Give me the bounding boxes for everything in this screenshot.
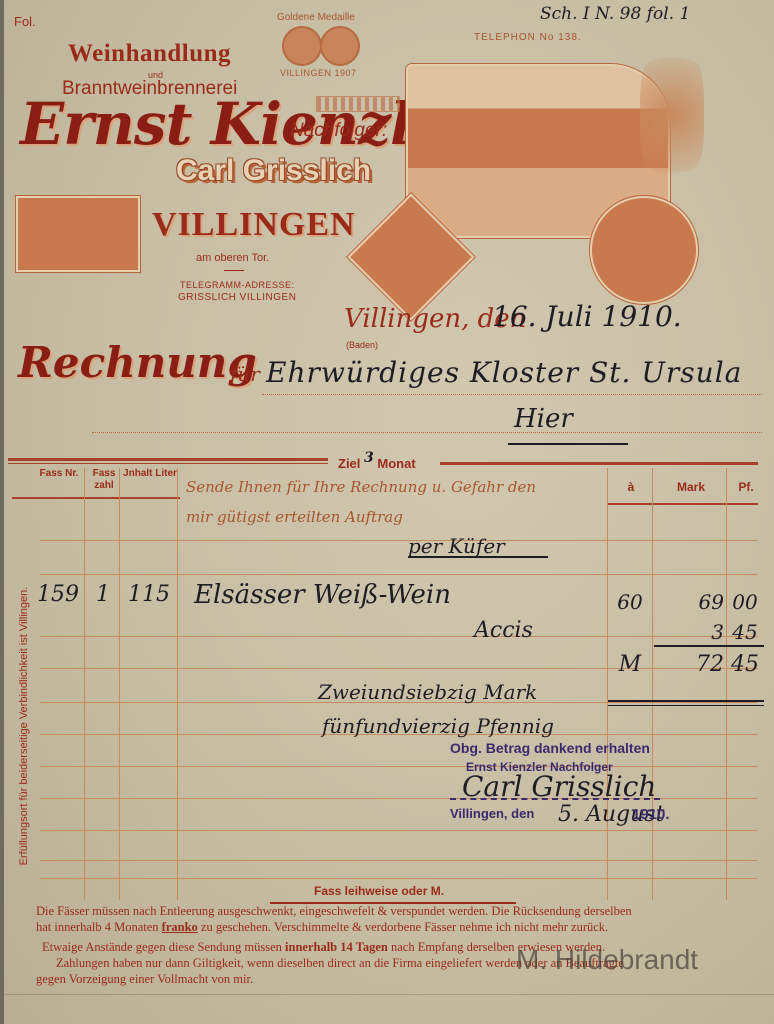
row1-fass-nr: 159 [34, 582, 82, 607]
col-header-price: à [608, 480, 654, 494]
grid-col-line [84, 468, 85, 900]
stamp-year: 1910. [632, 806, 670, 823]
divider [224, 270, 244, 271]
stamp-dashed-line [450, 798, 660, 800]
telegram-label: TELEGRAMM-ADRESSE: [180, 280, 295, 290]
city-name: VILLINGEN [152, 206, 356, 244]
street-address: am oberen Tor. [196, 252, 269, 264]
fuer-label: für [230, 362, 260, 386]
telephone-number: TELEPHON No 138. [474, 32, 582, 43]
footer-14-days: innerhalb 14 Tagen [285, 940, 388, 954]
gold-medal-front-icon [282, 26, 322, 66]
paper-fold [4, 994, 774, 995]
shipping-underline [408, 556, 548, 558]
telegram-address: GRISSLICH VILLINGEN [178, 292, 296, 303]
footer-line-3-pre: Etwaige Anstände gegen diese Sendung müs… [42, 940, 282, 954]
col-header-mark: Mark [654, 480, 728, 494]
intro-line-2: mir gütigst erteilten Auftrag [186, 508, 403, 526]
recipient-underline [508, 443, 628, 445]
row1-fass-zahl: 1 [88, 582, 118, 607]
shipping-method: per Küfer [408, 534, 505, 558]
row1-liter: 115 [122, 582, 176, 607]
medal-caption: Goldene Medaille [277, 12, 355, 23]
col-header-pf: Pf. [728, 480, 764, 494]
recipient-line-1: Ehrwürdiges Kloster St. Ursula [266, 356, 742, 389]
total-pf: 45 [728, 652, 762, 677]
footer-line-5: gegen Vorzeigung einer Vollmacht von mir… [36, 972, 253, 987]
footer-line-1: Die Fässer müssen nach Entleerung ausges… [36, 904, 632, 919]
business-line-1: Weinhandlung [68, 40, 231, 68]
grid-row-line [40, 860, 758, 861]
grid-col-line [119, 468, 120, 900]
invoice-title: Rechnung [18, 338, 257, 387]
stamp-received: Obg. Betrag dankend erhalten [450, 740, 650, 756]
grid-row-line [40, 878, 758, 879]
grapevine-ornament-icon [640, 40, 704, 190]
terms-value: 3 [364, 450, 374, 466]
medal-sub: VILLINGEN 1907 [280, 68, 357, 78]
terms-prefix: Ziel [338, 456, 360, 471]
intro-line-1: Sende Ihnen für Ihre Rechnung u. Gefahr … [186, 478, 536, 496]
watermark: M. Hildebrandt [516, 944, 698, 976]
row1-mark: 69 [654, 590, 724, 614]
owner-name: Carl Grisslich [176, 154, 371, 188]
row1-unit-price: 60 [608, 590, 652, 614]
col-header-inhalt: Jnhalt Liter [122, 468, 178, 480]
footer-heading: Fass leihweise oder M. [314, 884, 444, 898]
footer-line-2-pre: hat innerhalb 4 Monaten [36, 920, 159, 934]
col-header-fass-zahl: Fass zahl [88, 468, 120, 492]
payment-terms: Ziel 3 Monat [338, 456, 416, 472]
recipient-dotted-line-2 [92, 432, 762, 433]
footer-franko: franko [162, 920, 198, 934]
place-of-fulfillment-note: Erfüllungsort für beiderseitige Verbindl… [18, 556, 30, 896]
row1-description: Elsässer Weiß-Wein [194, 580, 451, 610]
invoice-date: 16. Juli 1910. [492, 300, 682, 333]
gold-medal-back-icon [320, 26, 360, 66]
grid-col-line [726, 468, 727, 900]
footer-line-2-post: zu geschehen. Verschimmelte & verdorbene… [201, 920, 608, 934]
ornament-icon [316, 96, 400, 112]
header-underline-left [12, 497, 180, 499]
row2-mark: 3 [654, 620, 724, 644]
recipient-dotted-line [262, 394, 762, 395]
grid-row-line [40, 540, 758, 541]
total-double-line [608, 700, 764, 702]
header-rule-left-thin [8, 463, 328, 464]
grid-col-line [607, 468, 608, 900]
header-rule-right [440, 462, 758, 465]
invoice-document: Fol. Sch. I N. 98 fol. 1 Goldene Medaill… [4, 0, 774, 1024]
dateline-region: (Baden) [346, 340, 378, 350]
col-header-fass-nr: Fass Nr. [34, 468, 84, 480]
amount-in-words-1: Zweiundsiebzig Mark [318, 680, 537, 704]
grid-row-line [40, 574, 758, 575]
row1-pf: 00 [728, 590, 762, 614]
nachfolger-label: Nachfolger: [290, 120, 387, 142]
grid-row-line [40, 830, 758, 831]
recipient-line-2: Hier [514, 404, 573, 434]
amount-in-words-2: fünfundvierzig Pfennig [322, 714, 554, 738]
wine-cellar-illustration-left [16, 196, 140, 272]
grid-row-line [40, 766, 758, 767]
grid-row-line [40, 636, 758, 637]
grid-col-line [177, 468, 178, 900]
total-mark: 72 [654, 652, 724, 677]
fol-label: Fol. [14, 14, 36, 29]
row2-pf: 45 [728, 620, 762, 644]
grid-col-line [652, 468, 653, 900]
cellar-illustration-round [590, 196, 698, 304]
total-currency: M [608, 652, 652, 677]
header-rule-left [8, 458, 328, 461]
footer-line-2: hat innerhalb 4 Monaten franko zu gesche… [36, 920, 608, 935]
sum-line [654, 645, 764, 647]
stamp-date-prefix: Villingen, den [450, 806, 534, 821]
total-double-line-2 [608, 705, 764, 706]
terms-suffix: Monat [377, 456, 415, 471]
archive-note: Sch. I N. 98 fol. 1 [540, 4, 690, 24]
row2-description: Accis [474, 618, 533, 643]
header-underline-right [608, 503, 758, 505]
